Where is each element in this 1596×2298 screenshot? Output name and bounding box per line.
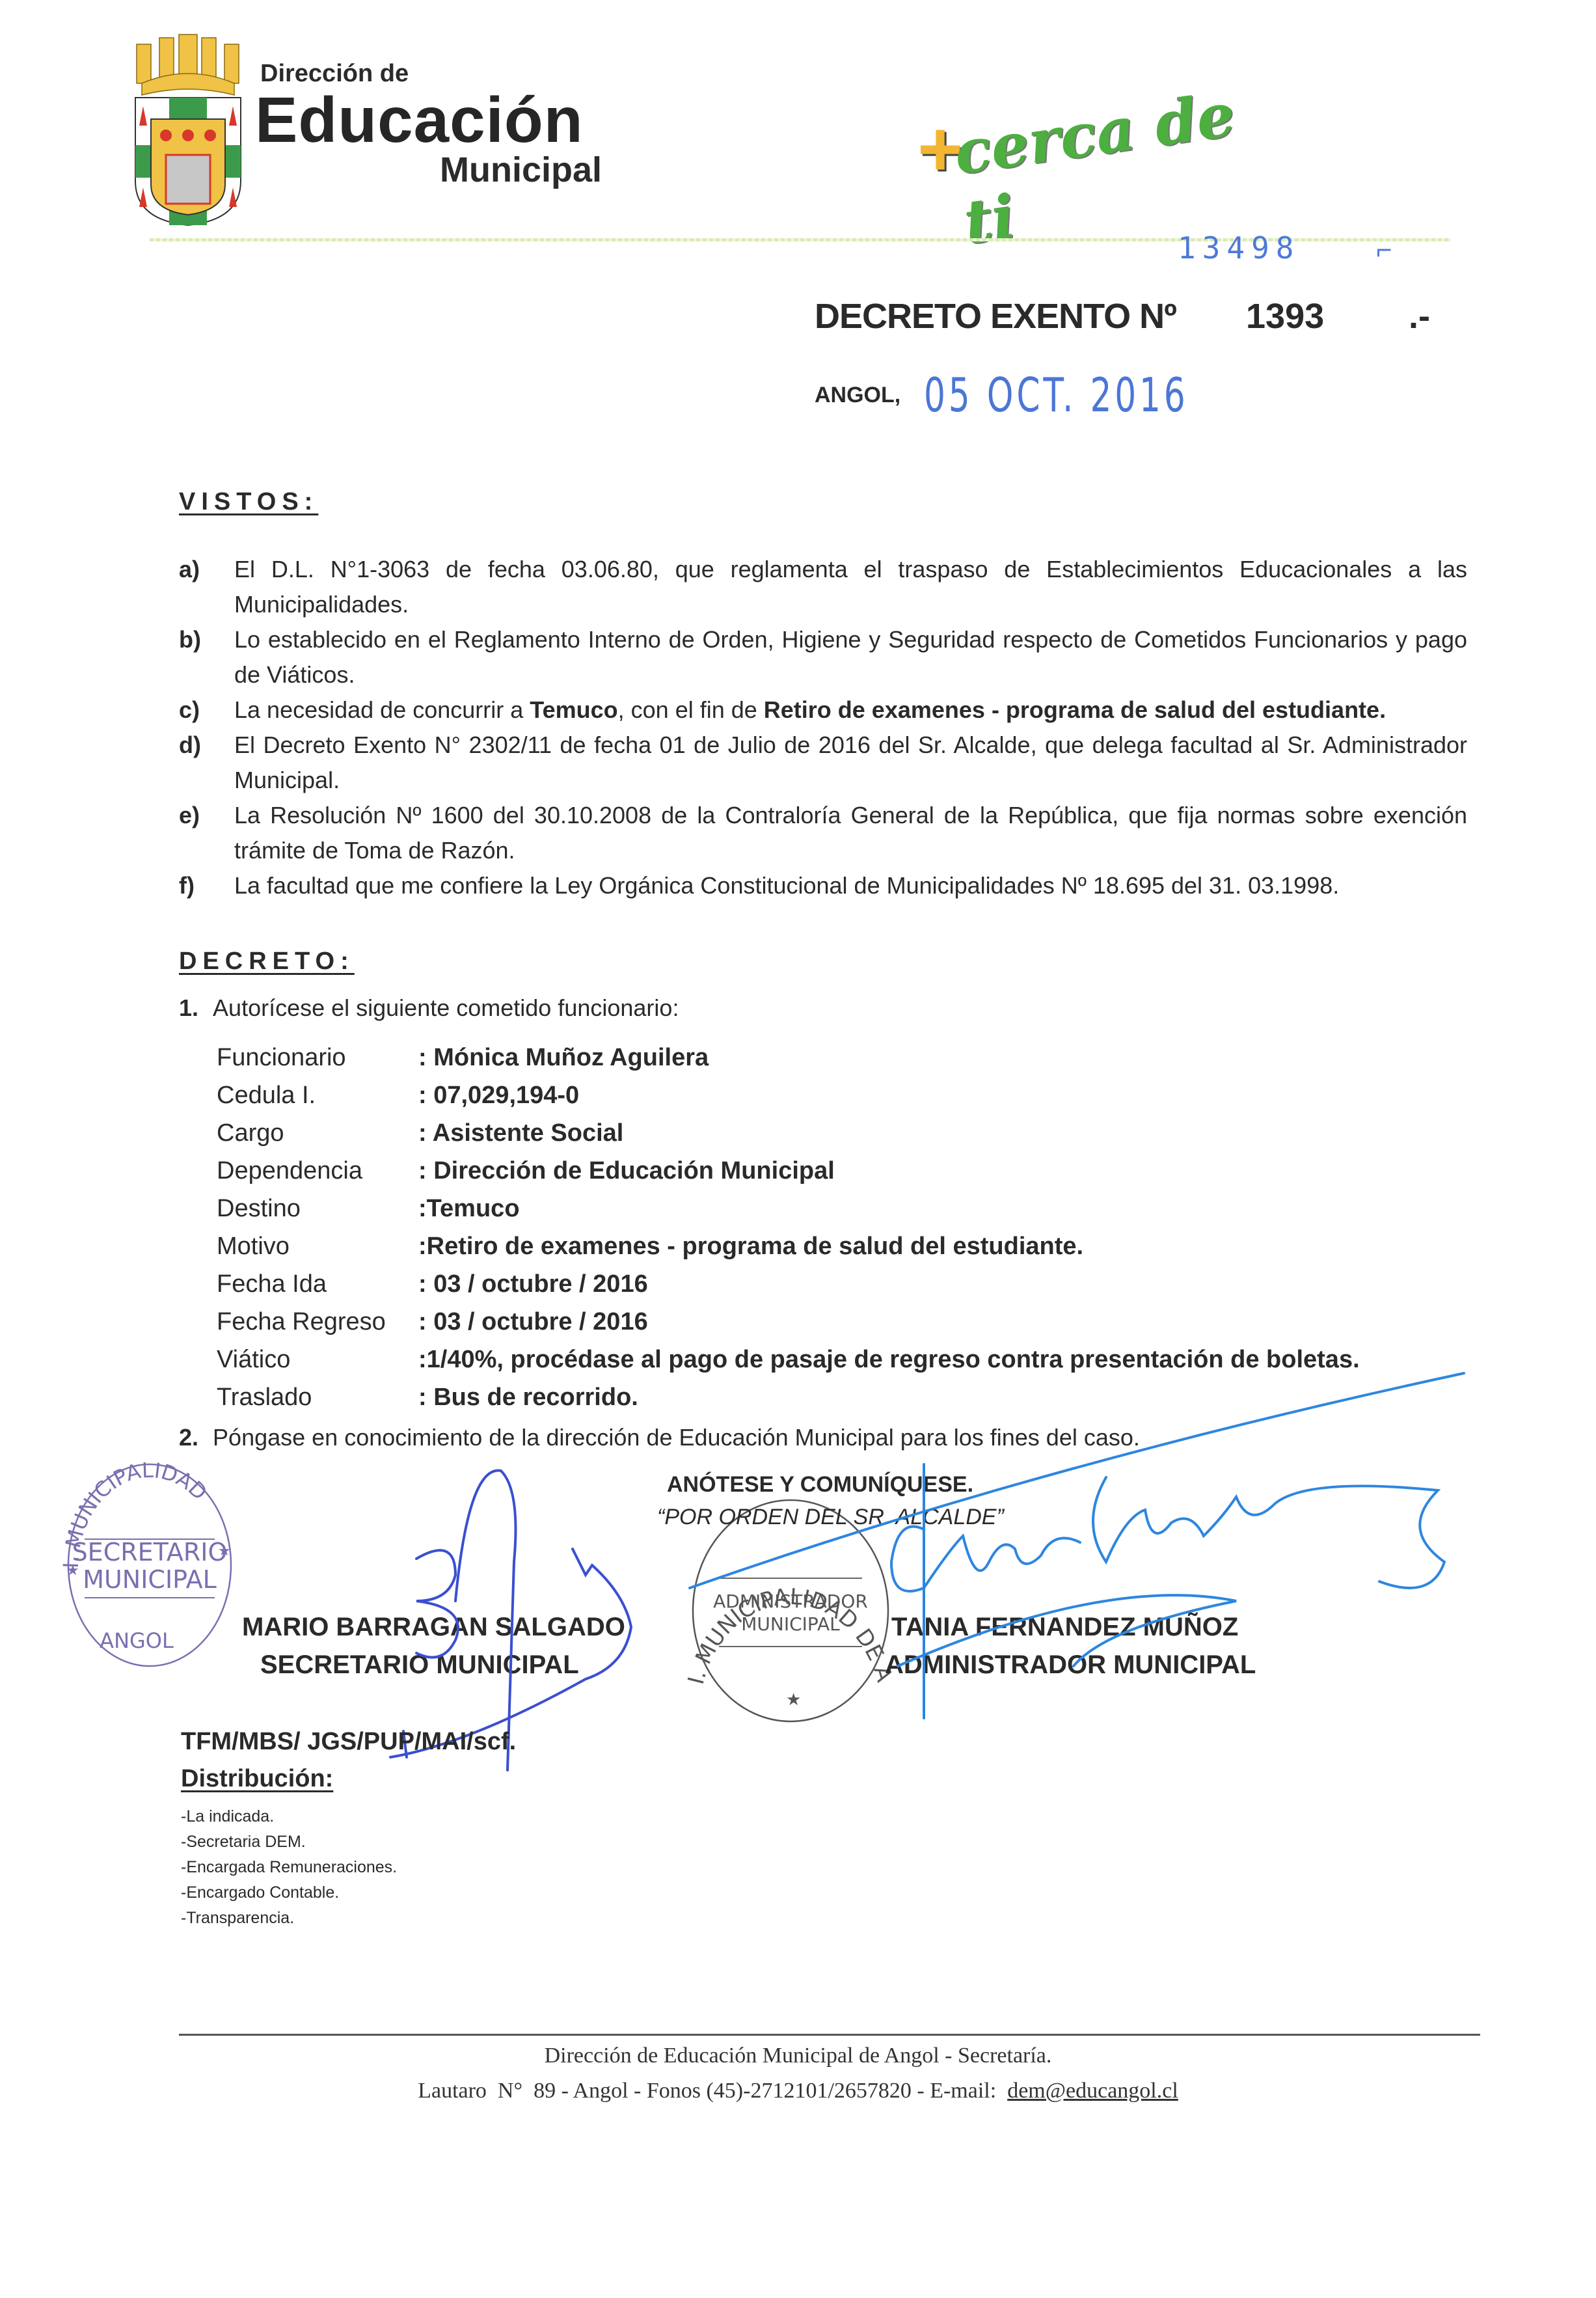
vistos-item-f: f) La facultad que me confiere la Ley Or…: [179, 868, 1467, 903]
field-value: :Temuco: [418, 1195, 520, 1223]
field-value: : Bus de recorrido.: [418, 1384, 638, 1412]
secretario-municipal-seal: I. MUNICIPALIDAD SECRETARIO MUNICIPAL AN…: [59, 1458, 241, 1673]
clause-text-mid: , con el fin de: [618, 696, 764, 723]
footer-email-link[interactable]: dem@educangol.cl: [1007, 2079, 1178, 2103]
handwritten-signatures: [0, 0, 1596, 2298]
clause-text-pre: La necesidad de concurrir a: [234, 696, 530, 723]
field-key: Viático: [217, 1346, 290, 1374]
item-text: Autorícese el siguiente cometido funcion…: [213, 994, 679, 1021]
footer-address: Lautaro N° 89 - Angol - Fonos (45)-27121…: [418, 2079, 1007, 2103]
administrator-name: TANIA FERNANDEZ MUÑOZ: [891, 1613, 1238, 1642]
distribution-item: -Secretaria DEM.: [181, 1829, 397, 1855]
svg-text:★: ★: [218, 1542, 231, 1559]
item-text: Póngase en conocimiento de la dirección …: [213, 1424, 1140, 1451]
vistos-item-a: a) El D.L. N°1-3063 de fecha 03.06.80, q…: [179, 552, 1467, 622]
brand-line-2: Educación: [255, 83, 584, 157]
decree-city: ANGOL,: [815, 383, 900, 408]
brand-line-3: Municipal: [440, 150, 602, 190]
field-key: Dependencia: [217, 1157, 362, 1185]
clause-text: La Resolución Nº 1600 del 30.10.2008 de …: [234, 798, 1467, 868]
field-key: Cedula I.: [217, 1082, 316, 1110]
item-number: 2.: [179, 1424, 198, 1451]
clause-label: a): [179, 552, 200, 587]
seal-text-mid2: MUNICIPAL: [741, 1613, 840, 1635]
decree-title: DECRETO EXENTO Nº: [815, 296, 1176, 336]
decreto-item-1: 1.Autorícese el siguiente cometido funci…: [179, 994, 679, 1022]
clause-purpose: Retiro de examenes - programa de salud d…: [764, 696, 1386, 723]
clause-destination: Temuco: [530, 696, 617, 723]
svg-text:★: ★: [786, 1689, 801, 1709]
vistos-item-c: c) La necesidad de concurrir a Temuco, c…: [179, 692, 1467, 728]
seal-text-mid2: MUNICIPAL: [83, 1565, 217, 1594]
footer-line-1: Dirección de Educación Municipal de Ango…: [0, 2044, 1596, 2068]
secretary-role: SECRETARIO MUNICIPAL: [260, 1650, 579, 1680]
secretary-name: MARIO BARRAGAN SALGADO: [242, 1613, 625, 1642]
decreto-item-2: 2.Póngase en conocimiento de la direcció…: [179, 1424, 1140, 1451]
distribution-item: -Encargada Remuneraciones.: [181, 1855, 397, 1880]
distribution-list: -La indicada. -Secretaria DEM. -Encargad…: [181, 1804, 397, 1931]
por-orden-alcalde: “POR ORDEN DEL SR. ALCALDE”: [657, 1505, 1004, 1530]
field-value: : Dirección de Educación Municipal: [418, 1157, 835, 1185]
vistos-item-e: e) La Resolución Nº 1600 del 30.10.2008 …: [179, 798, 1467, 868]
field-key: Cargo: [217, 1119, 284, 1147]
distribution-item: -La indicada.: [181, 1804, 397, 1829]
seal-text-mid1: SECRETARIO: [72, 1538, 228, 1566]
anotese-comuniquese: ANÓTESE Y COMUNÍQUESE.: [667, 1472, 973, 1498]
footer-divider: [179, 2034, 1480, 2036]
decreto-heading: DECRETO:: [179, 948, 355, 976]
distribution-item: -Transparencia.: [181, 1906, 397, 1931]
field-value: :Retiro de examenes - programa de salud …: [418, 1233, 1083, 1261]
date-stamp: 05 OCT. 2016: [924, 368, 1189, 422]
vistos-heading: VISTOS:: [179, 488, 318, 516]
field-key: Traslado: [217, 1384, 312, 1412]
field-key: Fecha Regreso: [217, 1308, 386, 1336]
field-key: Funcionario: [217, 1044, 346, 1072]
clause-label: d): [179, 728, 201, 763]
clause-text: La facultad que me confiere la Ley Orgán…: [234, 868, 1467, 903]
item-number: 1.: [179, 994, 198, 1021]
clause-label: c): [179, 692, 200, 728]
distribution-item: -Encargado Contable.: [181, 1880, 397, 1906]
field-value: : 03 / octubre / 2016: [418, 1308, 648, 1336]
field-value: : 07,029,194-0: [418, 1082, 579, 1110]
svg-text:★: ★: [66, 1562, 79, 1578]
clause-text: El D.L. N°1-3063 de fecha 03.06.80, que …: [234, 552, 1467, 622]
slogan: + cerca de ti: [917, 98, 1295, 189]
seal-text-mid1: ADMINISTRADOR: [713, 1591, 868, 1612]
received-stamp-number: 13498: [1178, 230, 1300, 266]
field-key: Motivo: [217, 1233, 290, 1261]
vistos-item-b: b) Lo establecido en el Reglamento Inter…: [179, 622, 1467, 692]
clause-label: e): [179, 798, 200, 833]
footer-line-2: Lautaro N° 89 - Angol - Fonos (45)-27121…: [0, 2079, 1596, 2103]
administrator-role: ADMINISTRADOR MUNICIPAL: [885, 1650, 1256, 1680]
stamp-mark-icon: ⌐: [1376, 234, 1392, 266]
field-value: : Mónica Muñoz Aguilera: [418, 1044, 709, 1072]
clause-label: f): [179, 868, 195, 903]
decree-number: 1393: [1246, 296, 1324, 336]
decree-number-suffix: .-: [1409, 296, 1430, 336]
seal-text-bottom: ANGOL: [100, 1628, 174, 1653]
clause-text: Lo establecido en el Reglamento Interno …: [234, 622, 1467, 692]
clause-text: El Decreto Exento N° 2302/11 de fecha 01…: [234, 728, 1467, 798]
vistos-item-d: d) El Decreto Exento N° 2302/11 de fecha…: [179, 728, 1467, 798]
clause-label: b): [179, 622, 201, 657]
municipal-crest-logo: [130, 31, 246, 226]
field-key: Fecha Ida: [217, 1270, 327, 1298]
field-value: : Asistente Social: [418, 1119, 623, 1147]
reference-initials: TFM/MBS/ JGS/PUP/MAI/scf.: [181, 1728, 516, 1756]
clause-text: La necesidad de concurrir a Temuco, con …: [234, 692, 1467, 728]
field-value: :1/40%, procédase al pago de pasaje de r…: [418, 1346, 1360, 1374]
field-key: Destino: [217, 1195, 301, 1223]
distribution-heading: Distribución:: [181, 1765, 333, 1793]
field-value: : 03 / octubre / 2016: [418, 1270, 648, 1298]
